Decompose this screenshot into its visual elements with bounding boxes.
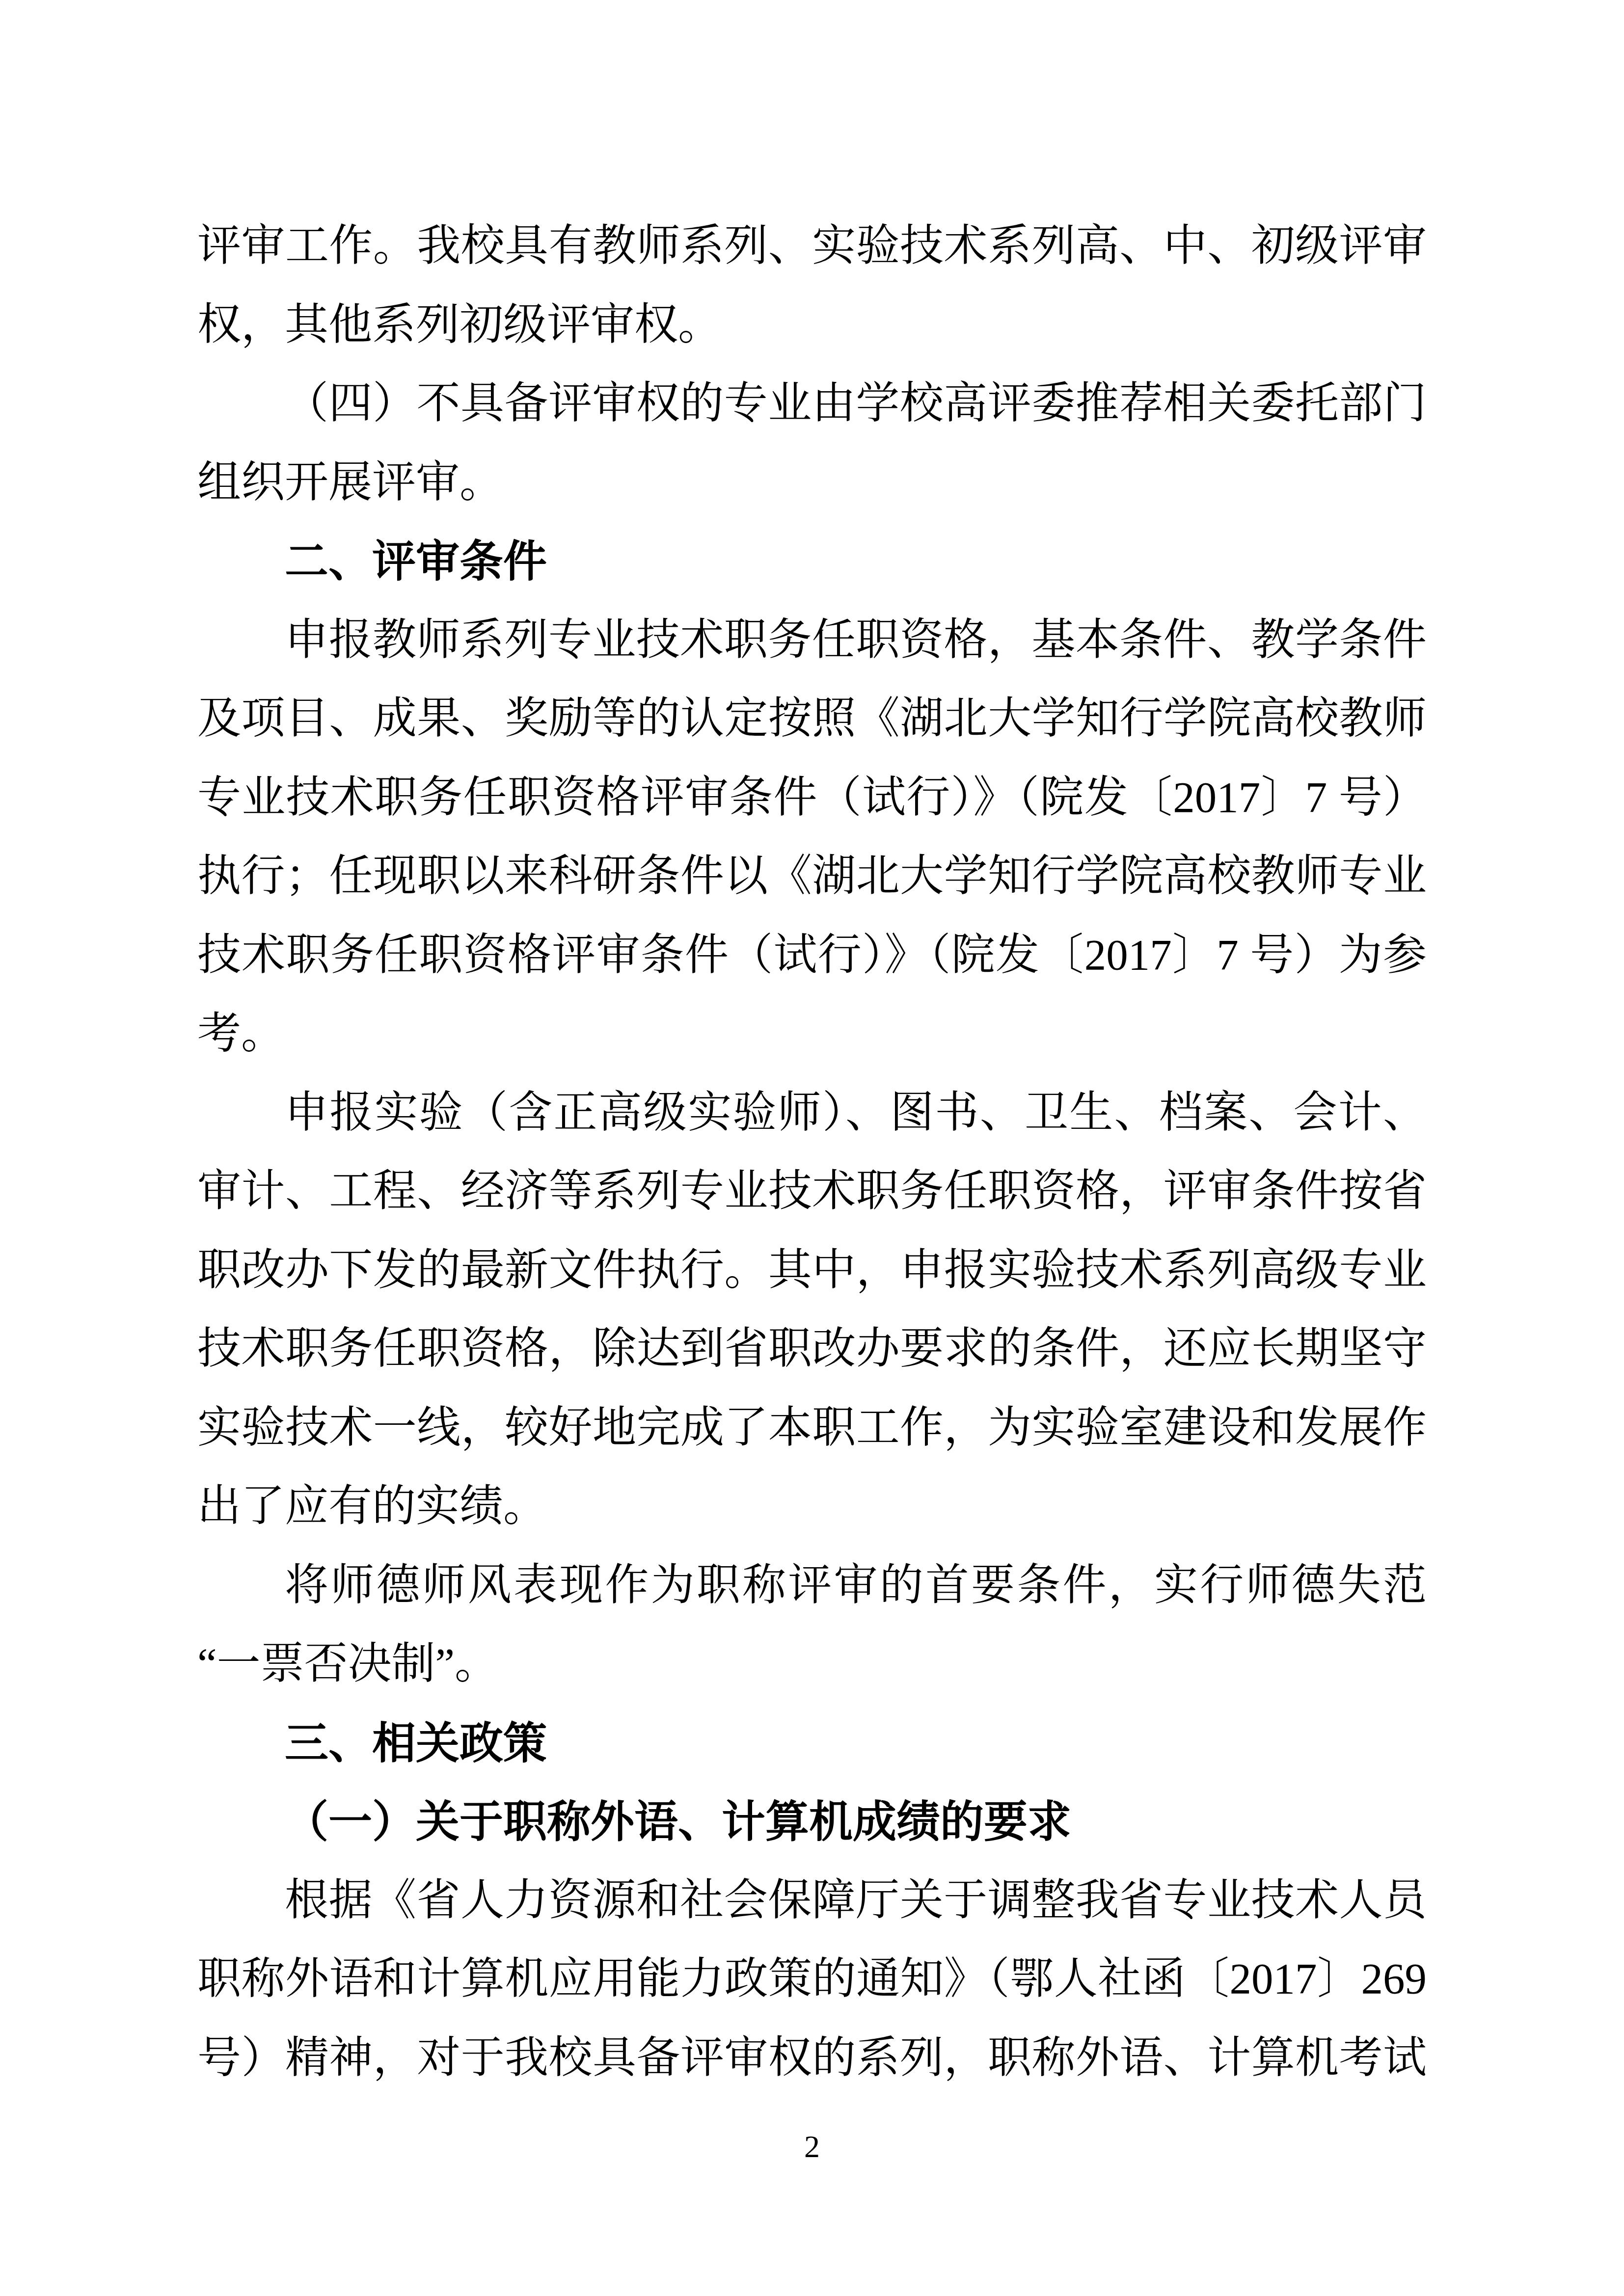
subsection-heading: （一）关于职称外语、计算机成绩的要求 <box>197 1782 1427 1861</box>
text-line: 根据《省人力资源和社会保障厅关于调整我省专业技术人员 <box>197 1861 1427 1940</box>
text-line: 申报教师系列专业技术职务任职资格，基本条件、教学条件 <box>197 601 1427 680</box>
text-line: 考。 <box>197 994 1427 1073</box>
text-line: 实验技术一线，较好地完成了本职工作，为实验室建设和发展作 <box>197 1388 1427 1468</box>
text-line: 技术职务任职资格评审条件（试行）》（院发〔2017〕7 号）为参 <box>197 916 1427 995</box>
text-line: 审计、工程、经济等系列专业技术职务任职资格，评审条件按省 <box>197 1152 1427 1231</box>
text-line: 执行；任现职以来科研条件以《湖北大学知行学院高校教师专业 <box>197 837 1427 916</box>
text-line: 权，其他系列初级评审权。 <box>197 286 1427 365</box>
text-line: （四）不具备评审权的专业由学校高评委推荐相关委托部门 <box>197 364 1427 443</box>
text-line: 将师德师风表现作为职称评审的首要条件，实行师德失范 <box>197 1546 1427 1625</box>
text-line: 专业技术职务任职资格评审条件（试行）》（院发〔2017〕7 号） <box>197 758 1427 837</box>
text-line: 组织开展评审。 <box>197 443 1427 522</box>
text-line: 及项目、成果、奖励等的认定按照《湖北大学知行学院高校教师 <box>197 679 1427 758</box>
text-line: 出了应有的实绩。 <box>197 1467 1427 1546</box>
text-line: 评审工作。我校具有教师系列、实验技术系列高、中、初级评审 <box>197 207 1427 286</box>
text-line: 申报实验（含正高级实验师）、图书、卫生、档案、会计、 <box>197 1073 1427 1152</box>
section-heading: 二、评审条件 <box>197 522 1427 601</box>
text-line: 号）精神，对于我校具备评审权的系列，职称外语、计算机考试 <box>197 2019 1427 2098</box>
document-page: 评审工作。我校具有教师系列、实验技术系列高、中、初级评审 权，其他系列初级评审权… <box>0 0 1624 2296</box>
text-line: 技术职务任职资格，除达到省职改办要求的条件，还应长期坚守 <box>197 1309 1427 1388</box>
document-body: 评审工作。我校具有教师系列、实验技术系列高、中、初级评审 权，其他系列初级评审权… <box>197 207 1427 2097</box>
text-line: 职称外语和计算机应用能力政策的通知》（鄂人社函〔2017〕269 <box>197 1940 1427 2019</box>
text-line: 职改办下发的最新文件执行。其中，申报实验技术系列高级专业 <box>197 1231 1427 1310</box>
section-heading: 三、相关政策 <box>197 1704 1427 1783</box>
text-line: “一票否决制”。 <box>197 1625 1427 1704</box>
page-number: 2 <box>0 2131 1624 2163</box>
